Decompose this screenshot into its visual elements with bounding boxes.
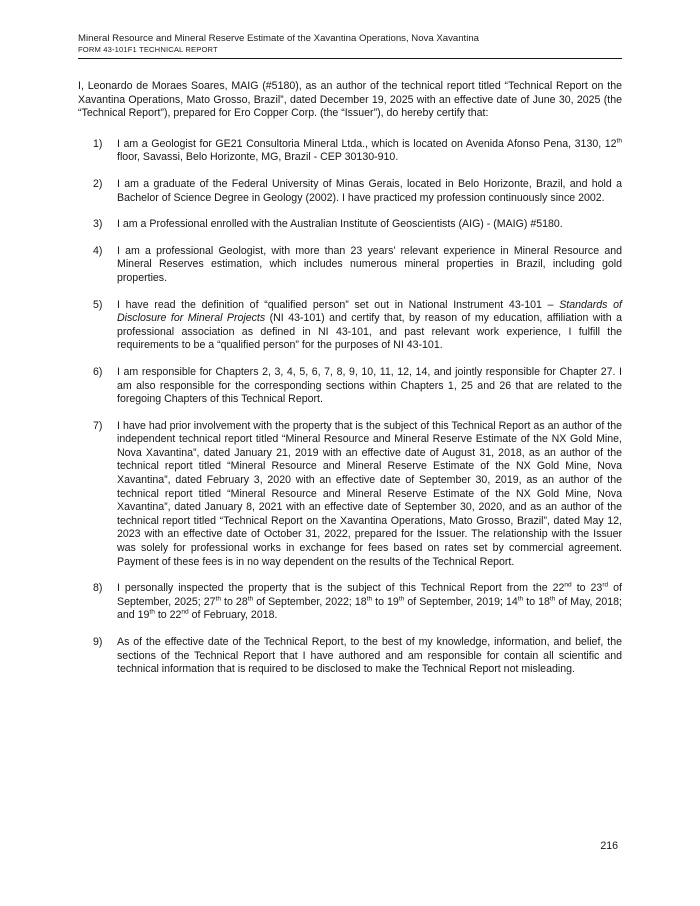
list-item-number: 8) [93,582,117,623]
report-subtitle: FORM 43-101F1 TECHNICAL REPORT [78,45,622,55]
list-item: 8) I personally inspected the property t… [78,582,622,623]
list-item-text: As of the effective date of the Technica… [117,636,622,677]
list-item: 5) I have read the definition of “qualif… [78,299,622,353]
list-item-text: I am a Professional enrolled with the Au… [117,218,622,232]
list-item-number: 2) [93,178,117,205]
certificate-intro-paragraph: I, Leonardo de Moraes Soares, MAIG (#518… [78,80,622,121]
list-item: 2) I am a graduate of the Federal Univer… [78,178,622,205]
list-item-number: 7) [93,420,117,570]
list-item-text: I am a professional Geologist, with more… [117,245,622,286]
page-number: 216 [600,840,618,852]
list-item-number: 6) [93,366,117,407]
list-item: 9) As of the effective date of the Techn… [78,636,622,677]
list-item: 4) I am a professional Geologist, with m… [78,245,622,286]
report-header: Mineral Resource and Mineral Reserve Est… [78,33,622,59]
list-item-text: I have read the definition of “qualified… [117,299,622,353]
list-item-text: I am a graduate of the Federal Universit… [117,178,622,205]
list-item-text: I am a Geologist for GE21 Consultoria Mi… [117,138,622,165]
list-item: 3) I am a Professional enrolled with the… [78,218,622,232]
certificate-list: 1) I am a Geologist for GE21 Consultoria… [78,138,622,677]
list-item-text: I have had prior involvement with the pr… [117,420,622,570]
list-item-text: I am responsible for Chapters 2, 3, 4, 5… [117,366,622,407]
list-item-text: I personally inspected the property that… [117,582,622,623]
list-item-number: 5) [93,299,117,353]
list-item-number: 3) [93,218,117,232]
list-item: 1) I am a Geologist for GE21 Consultoria… [78,138,622,165]
list-item: 7) I have had prior involvement with the… [78,420,622,570]
list-item-number: 1) [93,138,117,165]
document-page: Mineral Resource and Mineral Reserve Est… [0,0,700,906]
report-title: Mineral Resource and Mineral Reserve Est… [78,33,622,45]
list-item-number: 4) [93,245,117,286]
list-item-number: 9) [93,636,117,677]
list-item: 6) I am responsible for Chapters 2, 3, 4… [78,366,622,407]
